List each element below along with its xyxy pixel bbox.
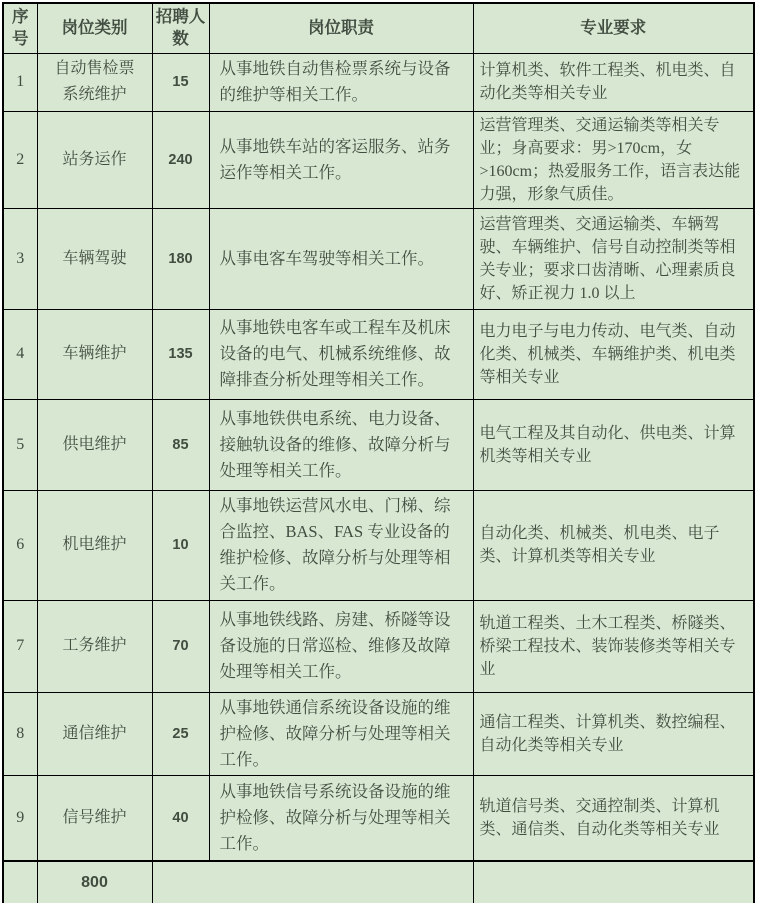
table-row: 4 车辆维护 135 从事地铁电客车或工程车及机床设备的电气、机械系统维修、故障…	[3, 309, 754, 399]
row-no: 7	[3, 600, 37, 692]
row-no: 2	[3, 111, 37, 208]
row-count: 40	[152, 775, 209, 861]
table-row: 3 车辆驾驶 180 从事电客车驾驶等相关工作。 运营管理类、交通运输类、车辆驾…	[3, 208, 754, 309]
row-category: 机电维护	[37, 490, 152, 600]
row-count: 25	[152, 692, 209, 775]
table-row: 2 站务运作 240 从事地铁车站的客运服务、站务运作等相关工作。 运营管理类、…	[3, 111, 754, 208]
row-requirement: 计算机类、软件工程类、机电类、自动化类等相关专业	[473, 53, 754, 111]
row-count: 15	[152, 53, 209, 111]
header-category: 岗位类别	[37, 3, 152, 53]
row-requirement: 运营管理类、交通运输类等相关专业；身高要求：男>170cm，女>160cm；热爱…	[473, 111, 754, 208]
row-category: 供电维护	[37, 399, 152, 490]
row-duty: 从事地铁运营风水电、门梯、综合监控、BAS、FAS 专业设备的维护检修、故障分析…	[209, 490, 473, 600]
row-no: 8	[3, 692, 37, 775]
row-duty: 从事地铁自动售检票系统与设备的维护等相关工作。	[209, 53, 473, 111]
header-count: 招聘人数	[152, 3, 209, 53]
row-duty: 从事地铁线路、房建、桥隧等设备设施的日常巡检、维修及故障处理等相关工作。	[209, 600, 473, 692]
table-row: 7 工务维护 70 从事地铁线路、房建、桥隧等设备设施的日常巡检、维修及故障处理…	[3, 600, 754, 692]
row-category: 车辆驾驶	[37, 208, 152, 309]
row-count: 85	[152, 399, 209, 490]
row-requirement: 电力电子与电力传动、电气类、自动化类、机械类、车辆维护类、机电类等相关专业	[473, 309, 754, 399]
row-category: 信号维护	[37, 775, 152, 861]
row-category: 工务维护	[37, 600, 152, 692]
total-requirement-cell	[473, 861, 754, 903]
row-requirement: 电气工程及其自动化、供电类、计算机类等相关专业	[473, 399, 754, 490]
row-requirement: 运营管理类、交通运输类、车辆驾驶、车辆维护、信号自动控制类等相关专业；要求口齿清…	[473, 208, 754, 309]
row-category: 站务运作	[37, 111, 152, 208]
row-duty: 从事地铁供电系统、电力设备、接触轨设备的维修、故障分析与处理等相关工作。	[209, 399, 473, 490]
header-duty: 岗位职责	[209, 3, 473, 53]
header-no: 序号	[3, 3, 37, 53]
row-no: 1	[3, 53, 37, 111]
total-count: 800	[37, 861, 152, 903]
total-no-cell	[3, 861, 37, 903]
row-count: 10	[152, 490, 209, 600]
row-no: 5	[3, 399, 37, 490]
row-requirement: 自动化类、机械类、机电类、电子类、计算机类等相关专业	[473, 490, 754, 600]
table-row: 1 自动售检票 系统维护 15 从事地铁自动售检票系统与设备的维护等相关工作。 …	[3, 53, 754, 111]
table-row: 8 通信维护 25 从事地铁通信系统设备设施的维护检修、故障分析与处理等相关工作…	[3, 692, 754, 775]
total-row: 800	[3, 861, 754, 903]
row-count: 135	[152, 309, 209, 399]
row-category: 车辆维护	[37, 309, 152, 399]
row-duty: 从事电客车驾驶等相关工作。	[209, 208, 473, 309]
row-no: 4	[3, 309, 37, 399]
row-duty: 从事地铁电客车或工程车及机床设备的电气、机械系统维修、故障排查分析处理等相关工作…	[209, 309, 473, 399]
table-row: 5 供电维护 85 从事地铁供电系统、电力设备、接触轨设备的维修、故障分析与处理…	[3, 399, 754, 490]
header-requirement: 专业要求	[473, 3, 754, 53]
row-no: 3	[3, 208, 37, 309]
recruitment-table: 序号 岗位类别 招聘人数 岗位职责 专业要求 1 自动售检票 系统维护 15 从…	[2, 2, 755, 903]
header-row: 序号 岗位类别 招聘人数 岗位职责 专业要求	[3, 3, 754, 53]
row-no: 9	[3, 775, 37, 861]
table-row: 9 信号维护 40 从事地铁信号系统设备设施的维护检修、故障分析与处理等相关工作…	[3, 775, 754, 861]
row-requirement: 轨道工程类、土木工程类、桥隧类、桥梁工程技术、装饰装修类等相关专业	[473, 600, 754, 692]
row-duty: 从事地铁车站的客运服务、站务运作等相关工作。	[209, 111, 473, 208]
row-count: 180	[152, 208, 209, 309]
row-category: 通信维护	[37, 692, 152, 775]
recruitment-table-page: 序号 岗位类别 招聘人数 岗位职责 专业要求 1 自动售检票 系统维护 15 从…	[0, 0, 757, 903]
row-duty: 从事地铁信号系统设备设施的维护检修、故障分析与处理等相关工作。	[209, 775, 473, 861]
row-count: 70	[152, 600, 209, 692]
row-no: 6	[3, 490, 37, 600]
total-merged-cell	[152, 861, 473, 903]
table-row: 6 机电维护 10 从事地铁运营风水电、门梯、综合监控、BAS、FAS 专业设备…	[3, 490, 754, 600]
row-category: 自动售检票 系统维护	[37, 53, 152, 111]
row-requirement: 通信工程类、计算机类、数控编程、自动化类等相关专业	[473, 692, 754, 775]
row-duty: 从事地铁通信系统设备设施的维护检修、故障分析与处理等相关工作。	[209, 692, 473, 775]
row-requirement: 轨道信号类、交通控制类、计算机类、通信类、自动化类等相关专业	[473, 775, 754, 861]
row-count: 240	[152, 111, 209, 208]
